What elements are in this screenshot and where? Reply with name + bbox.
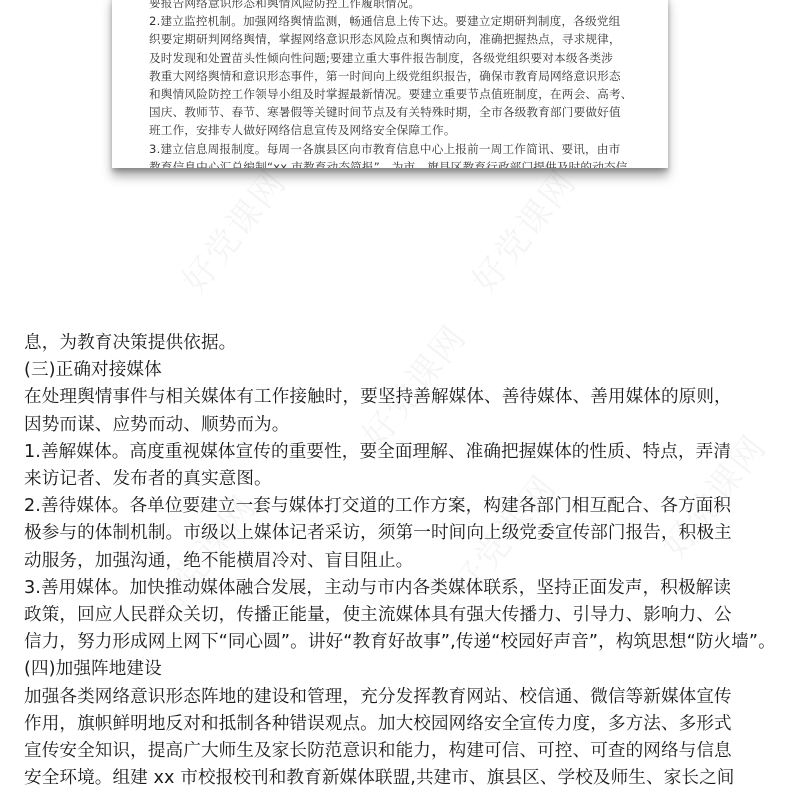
preview-line: 及时发现和处置苗头性倾向性问题;要建立重大事件报告制度，各级党组织要对本级各类涉 <box>149 49 639 67</box>
preview-line: 2.建立监控机制。加强网络舆情监测，畅通信息上传下达。要建立定期研判制度，各级党… <box>149 12 639 30</box>
preview-line: 教重大网络舆情和意识形态事件，第一时间向上级党组织报告，确保市教育局网络意识形态 <box>149 67 639 85</box>
preview-line: 教育信息中心汇总编制“xx 市教育动态简报”，为市、旗县区教育行政部门提供及时的… <box>149 158 639 168</box>
body-line: 宣传安全知识，提高广大师生及家长防范意识和能力，构建可信、可控、可查的网络与信息 <box>24 738 784 765</box>
document-page-preview: 要报告网络意识形态和舆情风险防控工作履职情况。 2.建立监控机制。加强网络舆情监… <box>112 0 668 168</box>
body-line: 3.善用媒体。加快推动媒体融合发展，主动与市内各类媒体联系，坚持正面发声，积极解… <box>24 575 784 602</box>
preview-line: 3.建立信息周报制度。每周一各旗县区向市教育信息中心上报前一周工作简讯、要讯，由… <box>149 140 639 158</box>
body-line: 1.善解媒体。高度重视媒体宣传的重要性，要全面理解、准确把握媒体的性质、特点，弄… <box>24 439 784 466</box>
preview-text-block: 要报告网络意识形态和舆情风险防控工作履职情况。 2.建立监控机制。加强网络舆情监… <box>149 0 639 168</box>
body-line: 信力，努力形成网上网下“同心圆”。讲好“教育好故事”,传递“校园好声音”，构筑思… <box>24 629 784 656</box>
preview-line: 国庆、教师节、春节、寒暑假等关键时间节点及有关特殊时期，全市各级教育部门要做好值 <box>149 103 639 121</box>
document-body: 息，为教育决策提供依据。 (三)正确对接媒体 在处理舆情事件与相关媒体有工作接触… <box>24 330 784 792</box>
body-line: 因势而谋、应势而动、顺势而为。 <box>24 412 784 439</box>
section-heading-positions: (四)加强阵地建设 <box>24 656 784 683</box>
body-line: 加强各类网络意识形态阵地的建设和管理，充分发挥教育网站、校信通、微信等新媒体宣传 <box>24 684 784 711</box>
body-line: 政策，回应人民群众关切，传播正能量，使主流媒体具有强大传播力、引导力、影响力、公 <box>24 602 784 629</box>
preview-line: 和舆情风险防控工作领导小组及时掌握最新情况。要建立重要节点值班制度，在两会、高考… <box>149 85 639 103</box>
preview-line: 班工作，安排专人做好网络信息宣传及网络安全保障工作。 <box>149 121 639 139</box>
body-line: 息，为教育决策提供依据。 <box>24 330 784 357</box>
watermark: 好党课网 <box>168 158 295 302</box>
body-line: 来访记者、发布者的真实意图。 <box>24 466 784 493</box>
body-line: 极参与的体制机制。市级以上媒体记者采访，须第一时间向上级党委宣传部门报告，积极主 <box>24 520 784 547</box>
preview-line: 织要定期研判网络舆情，掌握网络意识形态风险点和舆情动向，准确把握热点，寻求规律， <box>149 30 639 48</box>
body-line: 在处理舆情事件与相关媒体有工作接触时，要坚持善解媒体、善待媒体、善用媒体的原则， <box>24 384 784 411</box>
section-heading-media: (三)正确对接媒体 <box>24 357 784 384</box>
body-line: 动服务，加强沟通，绝不能横眉冷对、盲目阻止。 <box>24 548 784 575</box>
preview-line: 要报告网络意识形态和舆情风险防控工作履职情况。 <box>149 0 639 12</box>
body-line: 安全环境。组建 xx 市校报校刊和教育新媒体联盟,共建市、旗县区、学校及师生、家… <box>24 765 784 792</box>
body-line: 2.善待媒体。各单位要建立一套与媒体打交道的工作方案，构建各部门相互配合、各方面… <box>24 493 784 520</box>
watermark: 好党课网 <box>458 158 585 302</box>
body-line: 作用，旗帜鲜明地反对和抵制各种错误观点。加大校园网络安全宣传力度，多方法、多形式 <box>24 711 784 738</box>
